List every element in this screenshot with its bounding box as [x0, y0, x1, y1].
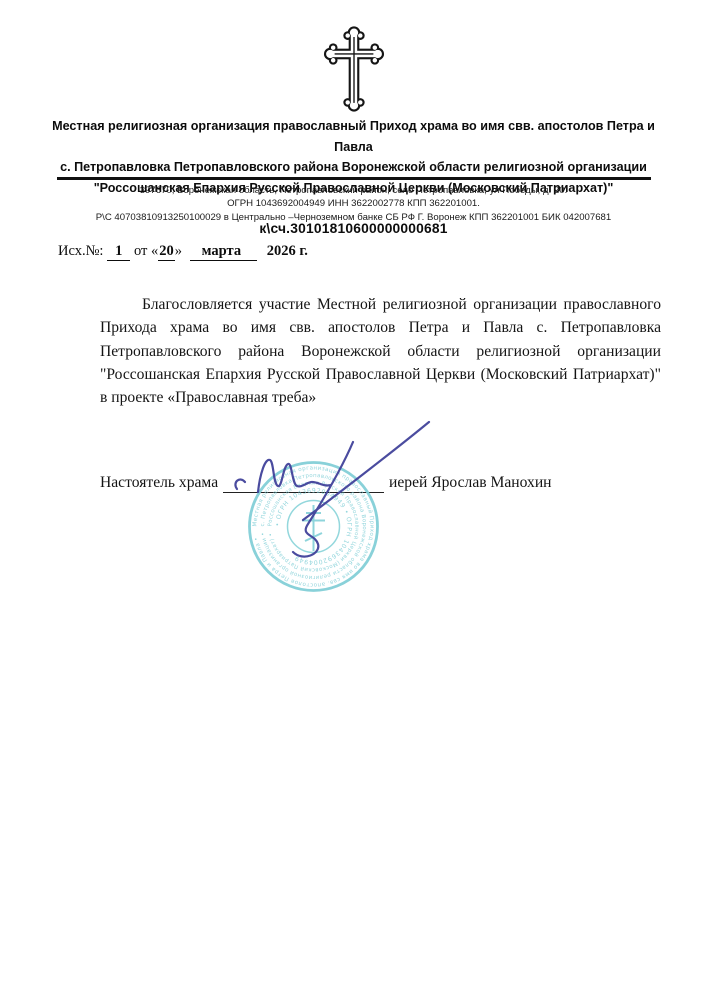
outgoing-number-line: Исх.№: 1 от «20» марта 2026 г.	[58, 243, 308, 261]
org-name-line1: Местная религиозная организация правосла…	[34, 116, 673, 157]
outgoing-preposition: от «	[134, 243, 158, 259]
outgoing-month: марта	[190, 243, 257, 261]
signature-ink	[215, 412, 465, 572]
document-page: Местная религиозная организация правосла…	[0, 0, 707, 1000]
signature-role-label: Настоятель храма	[100, 474, 218, 492]
blessing-paragraph: Благословляется участие Местной религиоз…	[100, 293, 661, 409]
outgoing-number: 1	[107, 243, 130, 261]
outgoing-day: 20	[158, 243, 175, 261]
orthodox-cross-icon	[323, 24, 385, 119]
outgoing-label: Исх.№:	[58, 243, 103, 259]
outgoing-close-quote: »	[175, 243, 182, 259]
header-divider	[57, 177, 651, 180]
address-line: 397670, Воронежская область, Петропавлов…	[34, 184, 673, 197]
corr-account-line: к\сч.30101810600000000681	[0, 221, 707, 236]
org-name-line2: с. Петропавловка Петропавловского района…	[34, 157, 673, 178]
outgoing-year: 2026 г.	[267, 243, 308, 259]
registration-line: ОГРН 1043692004949 ИНН 3622002778 КПП 36…	[34, 197, 673, 210]
contacts-block: 397670, Воронежская область, Петропавлов…	[34, 184, 673, 224]
